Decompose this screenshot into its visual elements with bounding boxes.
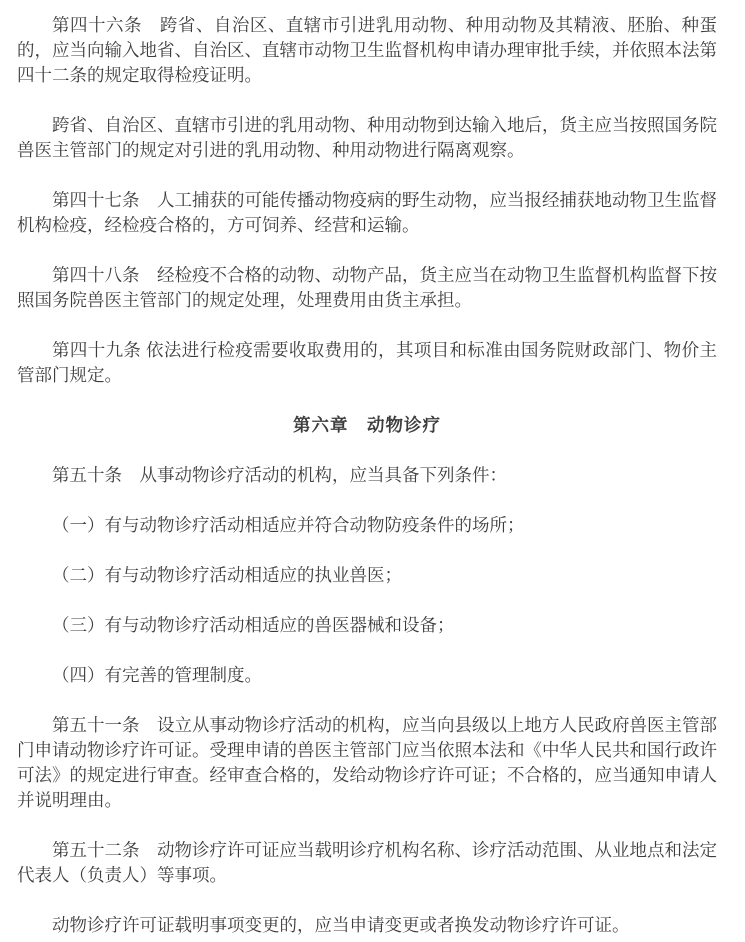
paragraph-article-51: 第五十一条 设立从事动物诊疗活动的机构，应当向县级以上地方人民政府兽医主管部门申… bbox=[17, 713, 717, 813]
paragraph-article-48: 第四十八条 经检疫不合格的动物、动物产品，货主应当在动物卫生监督机构监督下按照国… bbox=[17, 263, 717, 313]
paragraph-article-49: 第四十九条 依法进行检疫需要收取费用的，其项目和标准由国务院财政部门、物价主管部… bbox=[17, 338, 717, 388]
paragraph-article-52-clause-2: 动物诊疗许可证载明事项变更的，应当申请变更或者换发动物诊疗许可证。 bbox=[17, 913, 717, 938]
paragraph-article-47: 第四十七条 人工捕获的可能传播动物疫病的野生动物，应当报经捕获地动物卫生监督机构… bbox=[17, 188, 717, 238]
list-item-condition-1: （一）有与动物诊疗活动相适应并符合动物防疫条件的场所； bbox=[17, 513, 717, 538]
paragraph-article-46-clause-2: 跨省、自治区、直辖市引进的乳用动物、种用动物到达输入地后，货主应当按照国务院兽医… bbox=[17, 113, 717, 163]
list-item-condition-3: （三）有与动物诊疗活动相适应的兽医器械和设备； bbox=[17, 613, 717, 638]
paragraph-article-52: 第五十二条 动物诊疗许可证应当载明诊疗机构名称、诊疗活动范围、从业地点和法定代表… bbox=[17, 838, 717, 888]
paragraph-article-50: 第五十条 从事动物诊疗活动的机构，应当具备下列条件： bbox=[17, 463, 717, 488]
list-item-condition-4: （四）有完善的管理制度。 bbox=[17, 663, 717, 688]
chapter-6-heading: 第六章 动物诊疗 bbox=[17, 413, 717, 438]
list-item-condition-2: （二）有与动物诊疗活动相适应的执业兽医； bbox=[17, 563, 717, 588]
law-document-page: 第四十六条 跨省、自治区、直辖市引进乳用动物、种用动物及其精液、胚胎、种蛋的，应… bbox=[0, 0, 745, 942]
paragraph-article-46: 第四十六条 跨省、自治区、直辖市引进乳用动物、种用动物及其精液、胚胎、种蛋的，应… bbox=[17, 13, 717, 88]
